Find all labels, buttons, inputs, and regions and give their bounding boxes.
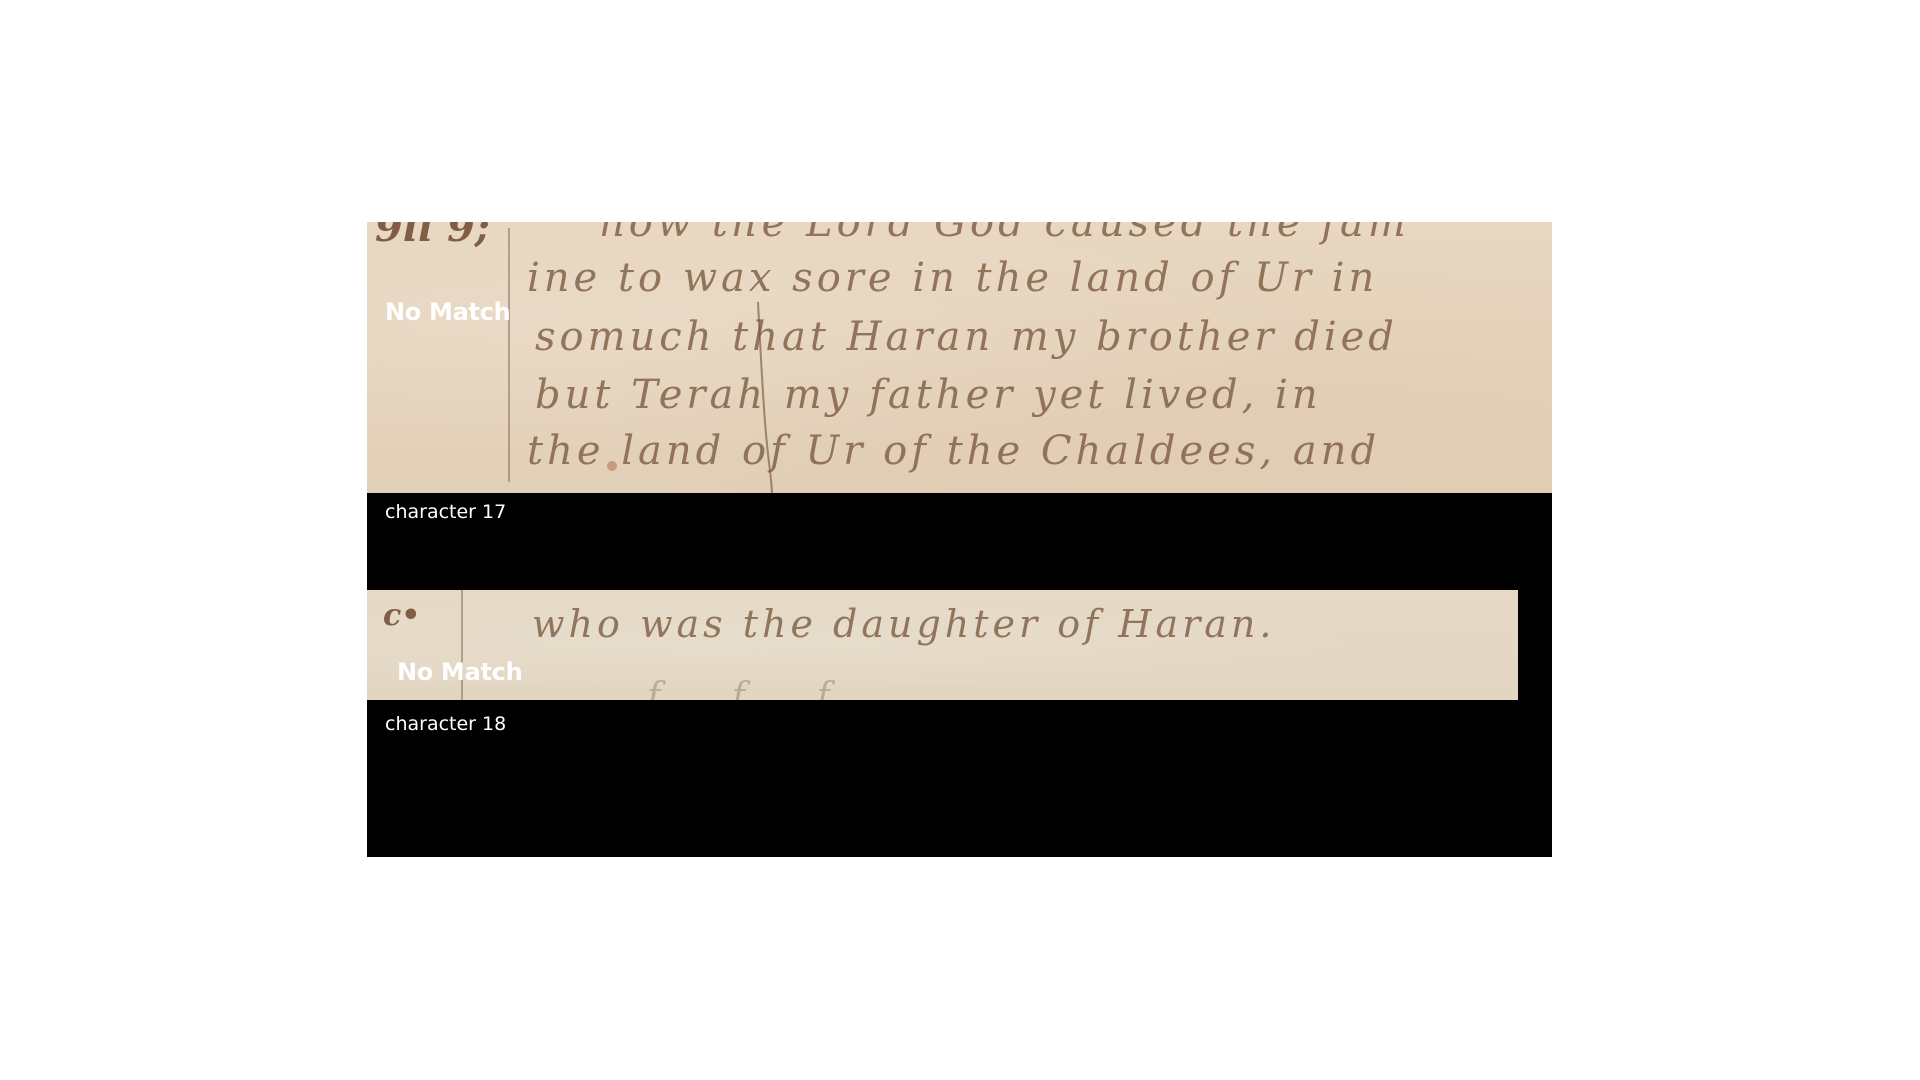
manuscript-line: somuch that Haran my brother died: [535, 314, 1398, 360]
manuscript-next-line-fragment: f f f: [647, 676, 860, 700]
manuscript-line: now the Lord God caused the fam: [599, 222, 1410, 246]
match-status: No Match: [397, 658, 522, 686]
character-label: character 18: [385, 713, 506, 735]
manuscript-line: ine to wax sore in the land of Ur in: [527, 255, 1378, 301]
manuscript-strip-character-18: c• who was the daughter of Haran. f f f …: [367, 590, 1518, 700]
manuscript-line: the land of Ur of the Chaldees, and: [527, 428, 1380, 474]
manuscript-strip-character-17: 9ll 9; now the Lord God caused the fam i…: [367, 222, 1552, 493]
character-label: character 17: [385, 501, 506, 523]
match-status: No Match: [385, 298, 510, 326]
manuscript-line: who was the daughter of Haran.: [532, 602, 1275, 646]
comparison-panel: 9ll 9; now the Lord God caused the fam i…: [367, 222, 1552, 857]
margin-annotation: 9ll 9;: [375, 222, 490, 251]
margin-rule: [508, 228, 510, 482]
manuscript-line: but Terah my father yet lived, in: [535, 372, 1322, 418]
margin-annotation: c•: [383, 598, 420, 633]
